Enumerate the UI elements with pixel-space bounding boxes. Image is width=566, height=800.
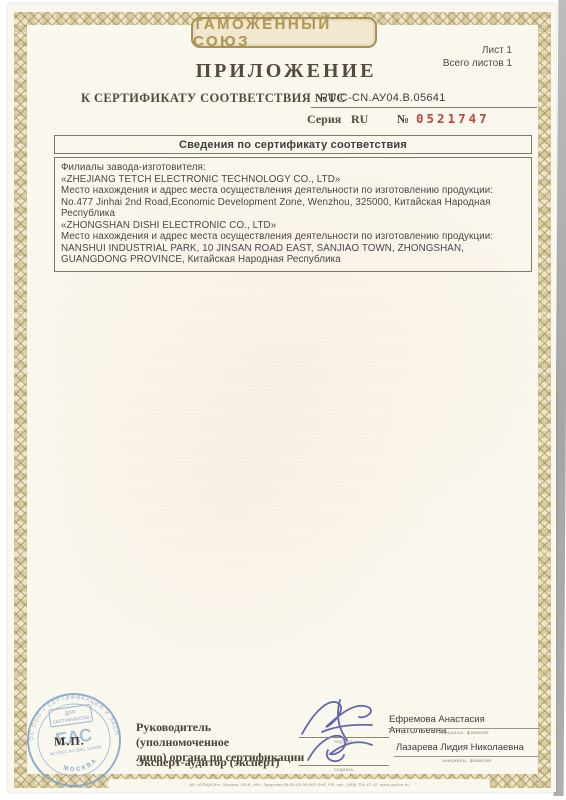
border-band-left [14,12,27,788]
customs-union-banner-label: ТАМОЖЕННЫЙ СОЮЗ [193,16,375,50]
number-sign: № [397,112,409,127]
signature-caption-2: подпись [299,767,389,772]
detail-line: Место нахождения и адрес места осуществл… [61,231,525,266]
stamp-city: МОСКВА [61,757,100,775]
certificate-number-underline [311,107,537,108]
customs-union-banner: ТАМОЖЕННЫЙ СОЮЗ [191,17,377,48]
printer-imprint: АО «ОПЦИОН», Москва, 2018, «В». Лицензия… [108,779,490,789]
svg-text:МОСКВА: МОСКВА [61,757,100,775]
signer-name-2: Лазарева Лидия Николаевна [396,742,541,753]
certificate-paper: ТАМОЖЕННЫЙ СОЮЗ Лист 1 Всего листов 1 ПР… [8,4,556,792]
name-line-2 [394,756,540,757]
stamp-inner-line2: СЕРТИФИКАТОВ [53,715,90,725]
signature-line-1 [299,737,389,738]
name-line-1 [388,728,540,729]
signature-line-2 [299,765,389,766]
certificate-number: RU C-CN.АУ04.В.05641 [320,92,446,104]
certificate-line-label: К СЕРТИФИКАТУ СООТВЕТСТВИЯ №ТС [81,91,346,106]
signature-2 [296,728,392,770]
series-country: RU [351,112,368,127]
border-band-right [538,12,551,788]
detail-line: «ZHONGSHAN DISHI ELECTRONIC CO., LTD» [61,220,525,232]
page-title: ПРИЛОЖЕНИЕ [8,60,564,83]
details-box: Филиалы завода-изготовителя:«ZHEJIANG TE… [54,157,532,272]
detail-line: «ZHEJIANG TETCH ELECTRONIC TECHNOLOGY CO… [61,174,525,186]
certificate-scan: ТАМОЖЕННЫЙ СОЮЗ Лист 1 Всего листов 1 ПР… [0,0,566,800]
role-expert-auditor: Эксперт-аудитор (эксперт) [136,755,316,770]
mp-seal-mark: М.П. [54,733,85,749]
certification-stamp: ОС ООО « СЕРТИФИКАЦИЯ И ЭКСПЕРТИЗА » МОС… [24,690,124,790]
info-box-header: Сведения по сертификату соответствия [54,135,532,154]
signature-caption-1: подпись [299,739,389,744]
series-label: Серия [307,112,341,127]
blank-number: 0521747 [416,111,490,126]
info-box-title: Сведения по сертификату соответствия [179,139,407,151]
printer-imprint-text: АО «ОПЦИОН», Москва, 2018, «В». Лицензия… [189,782,408,787]
sheet-number: Лист 1 [443,45,512,58]
name-caption-2: инициалы, фамилия [394,758,540,763]
detail-line: Место нахождения и адрес места осуществл… [61,185,525,220]
name-caption-1: инициалы, фамилия [388,730,540,735]
detail-line: Филиалы завода-изготовителя: [61,162,525,174]
role-head-line1: Руководитель (уполномоченное [136,720,306,750]
